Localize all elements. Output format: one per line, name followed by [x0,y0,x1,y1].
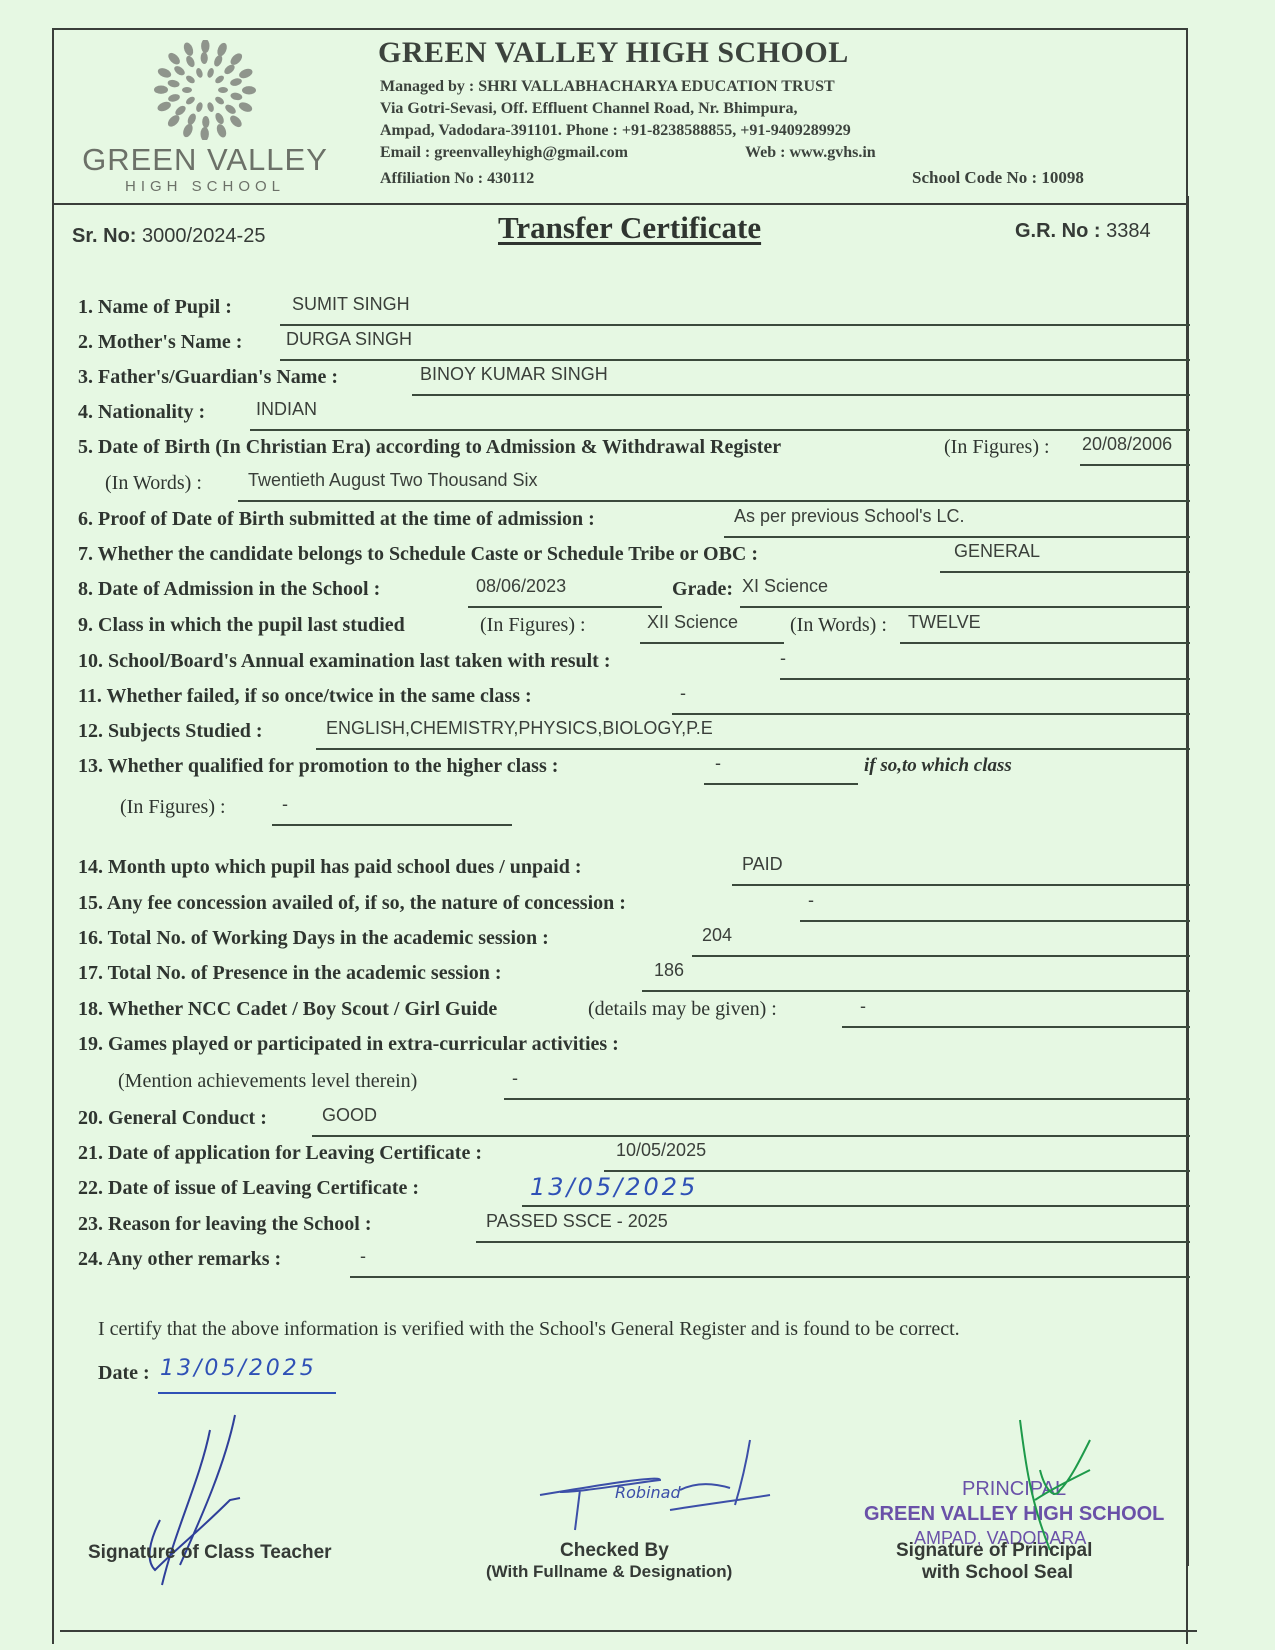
field-9-words-underline [900,642,1190,644]
field-6-label: 6. Proof of Date of Birth submitted at t… [78,508,595,531]
border-right [1187,196,1189,1566]
field-11-underline [672,713,1190,715]
field-20-value: GOOD [322,1105,377,1126]
field-17-underline [642,990,1190,992]
field-1-value: SUMIT SINGH [292,294,410,315]
border-bottom [60,1630,1197,1632]
document-title: Transfer Certificate [498,210,761,246]
email: Email : greenvalleyhigh@gmail.com [380,144,628,162]
field-13-note: if so,to which class [864,755,1012,777]
website: Web : www.gvhs.in [745,144,876,162]
field-23-underline [476,1241,1190,1243]
certificate-border [52,28,1188,1644]
field-14-value: PAID [742,854,783,875]
field-3-underline [412,394,1190,396]
field-3-label: 3. Father's/Guardian's Name : [78,366,338,389]
field-10-underline [780,678,1190,680]
field-14-label: 14. Month upto which pupil has paid scho… [78,856,582,879]
field-12-value: ENGLISH,CHEMISTRY,PHYSICS,BIOLOGY,P.E [326,718,713,739]
field-2-value: DURGA SINGH [286,329,412,350]
field-13-value: - [715,753,721,774]
field-23-label: 23. Reason for leaving the School : [78,1213,372,1236]
border-left [52,196,54,1636]
field-18-underline [842,1026,1190,1028]
field-5-label-note: (In Figures) : [944,436,1050,459]
svg-text:Robinad: Robinad [615,1483,681,1502]
field-6-underline [724,536,1190,538]
field-11-label: 11. Whether failed, if so once/twice in … [78,685,532,708]
field-8-grade-label: Grade: [672,578,733,601]
field-22-label: 22. Date of issue of Leaving Certificate… [78,1177,419,1200]
date-label: Date : [98,1362,150,1385]
field-9-underline [640,642,784,644]
field-8-value: 08/06/2023 [476,576,566,597]
field-5-words-underline [238,500,1190,502]
field-15-underline [800,920,1190,922]
field-5-label: 5. Date of Birth (In Christian Era) acco… [78,436,781,459]
field-13-figures-label: (In Figures) : [120,796,226,819]
field-19-value: - [512,1068,518,1089]
field-2-label: 2. Mother's Name : [78,331,242,354]
checked-by-signature: Robinad [540,1430,770,1540]
field-20-underline [312,1135,1190,1137]
field-14-underline [732,884,1190,886]
field-19-underline [504,1098,1190,1100]
field-24-underline [350,1276,1190,1278]
principal-signature [1000,1420,1100,1560]
field-13-figures-value: - [282,794,288,815]
field-1-underline [280,324,1190,326]
field-12-label: 12. Subjects Studied : [78,720,262,743]
field-21-label: 21. Date of application for Leaving Cert… [78,1142,482,1165]
field-18-value: - [860,996,866,1017]
field-9-value: XII Science [647,612,738,633]
field-22-underline [522,1205,1190,1207]
field-21-underline [604,1170,1190,1172]
field-9-words-value: TWELVE [908,612,981,633]
certification-statement: I certify that the above information is … [98,1318,960,1341]
field-23-value: PASSED SSCE - 2025 [486,1211,668,1232]
field-1-label: 1. Name of Pupil : [78,296,232,319]
checked-by-label: Checked By [560,1540,669,1562]
field-13-label: 13. Whether qualified for promotion to t… [78,755,558,778]
school-code: School Code No : 10098 [912,168,1084,188]
managed-by: Managed by : SHRI VALLABHACHARYA EDUCATI… [380,78,835,96]
field-17-value: 186 [654,960,684,981]
school-logo: GREEN VALLEY HIGH SCHOOL [70,40,340,195]
field-19-sub-label: (Mention achievements level therein) [118,1070,417,1093]
date-underline [158,1392,336,1394]
principal-seal-label: with School Seal [922,1562,1073,1584]
field-8-label: 8. Date of Admission in the School : [78,578,380,601]
field-7-underline [940,571,1190,573]
field-18-label-note: (details may be given) : [588,998,777,1021]
logo-subtitle: HIGH SCHOOL [70,178,340,195]
header-divider [52,203,1188,205]
serial-number: Sr. No: 3000/2024-25 [72,225,265,248]
field-8-grade-underline [740,606,1190,608]
checked-by-designation: (With Fullname & Designation) [486,1562,732,1582]
field-16-label: 16. Total No. of Working Days in the aca… [78,927,549,950]
field-17-label: 17. Total No. of Presence in the academi… [78,962,502,985]
field-4-value: INDIAN [256,399,317,420]
field-12-underline [316,748,1190,750]
field-24-value: - [360,1246,366,1267]
field-7-label: 7. Whether the candidate belongs to Sche… [78,543,758,566]
field-9-words-label: (In Words) : [790,614,887,637]
field-21-value: 10/05/2025 [616,1140,706,1161]
field-5-words-value: Twentieth August Two Thousand Six [248,470,538,491]
field-13-figures-underline [272,824,512,826]
field-22-value: 13/05/2025 [530,1173,698,1201]
field-4-label: 4. Nationality : [78,401,205,424]
field-10-value: - [780,648,786,669]
field-6-value: As per previous School's LC. [734,506,965,527]
field-9-label-note: (In Figures) : [480,614,586,637]
field-16-value: 204 [702,925,732,946]
gr-number: G.R. No : 3384 [1015,220,1151,243]
class-teacher-label: Signature of Class Teacher [88,1542,332,1564]
field-5-value: 20/08/2006 [1082,434,1172,455]
field-3-value: BINOY KUMAR SINGH [420,364,608,385]
field-2-underline [280,359,1190,361]
field-15-label: 15. Any fee concession availed of, if so… [78,892,626,915]
principal-label: Signature of Principal [896,1540,1092,1562]
field-10-label: 10. School/Board's Annual examination la… [78,650,610,673]
field-24-label: 24. Any other remarks : [78,1248,281,1271]
field-9-label: 9. Class in which the pupil last studied [78,614,405,637]
field-8-underline [468,606,662,608]
school-name: GREEN VALLEY HIGH SCHOOL [378,36,849,70]
address-line-1: Via Gotri-Sevasi, Off. Effluent Channel … [380,100,798,118]
field-18-label: 18. Whether NCC Cadet / Boy Scout / Girl… [78,998,497,1021]
field-20-label: 20. General Conduct : [78,1107,267,1130]
date-value: 13/05/2025 [160,1356,317,1381]
field-15-value: - [808,890,814,911]
field-11-value: - [680,683,686,704]
field-7-value: GENERAL [954,541,1040,562]
field-5-words-label: (In Words) : [105,472,202,495]
affiliation-no: Affiliation No : 430112 [380,170,534,188]
field-19-label: 19. Games played or participated in extr… [78,1033,619,1056]
field-13-underline [704,783,858,785]
logo-name: GREEN VALLEY [70,142,340,178]
field-8-grade-value: XI Science [742,576,828,597]
address-line-2: Ampad, Vadodara-391101. Phone : +91-8238… [380,122,851,140]
field-16-underline [692,955,1190,957]
field-5-underline [1080,464,1190,466]
field-4-underline [250,429,1190,431]
flower-emblem-icon [152,40,258,140]
